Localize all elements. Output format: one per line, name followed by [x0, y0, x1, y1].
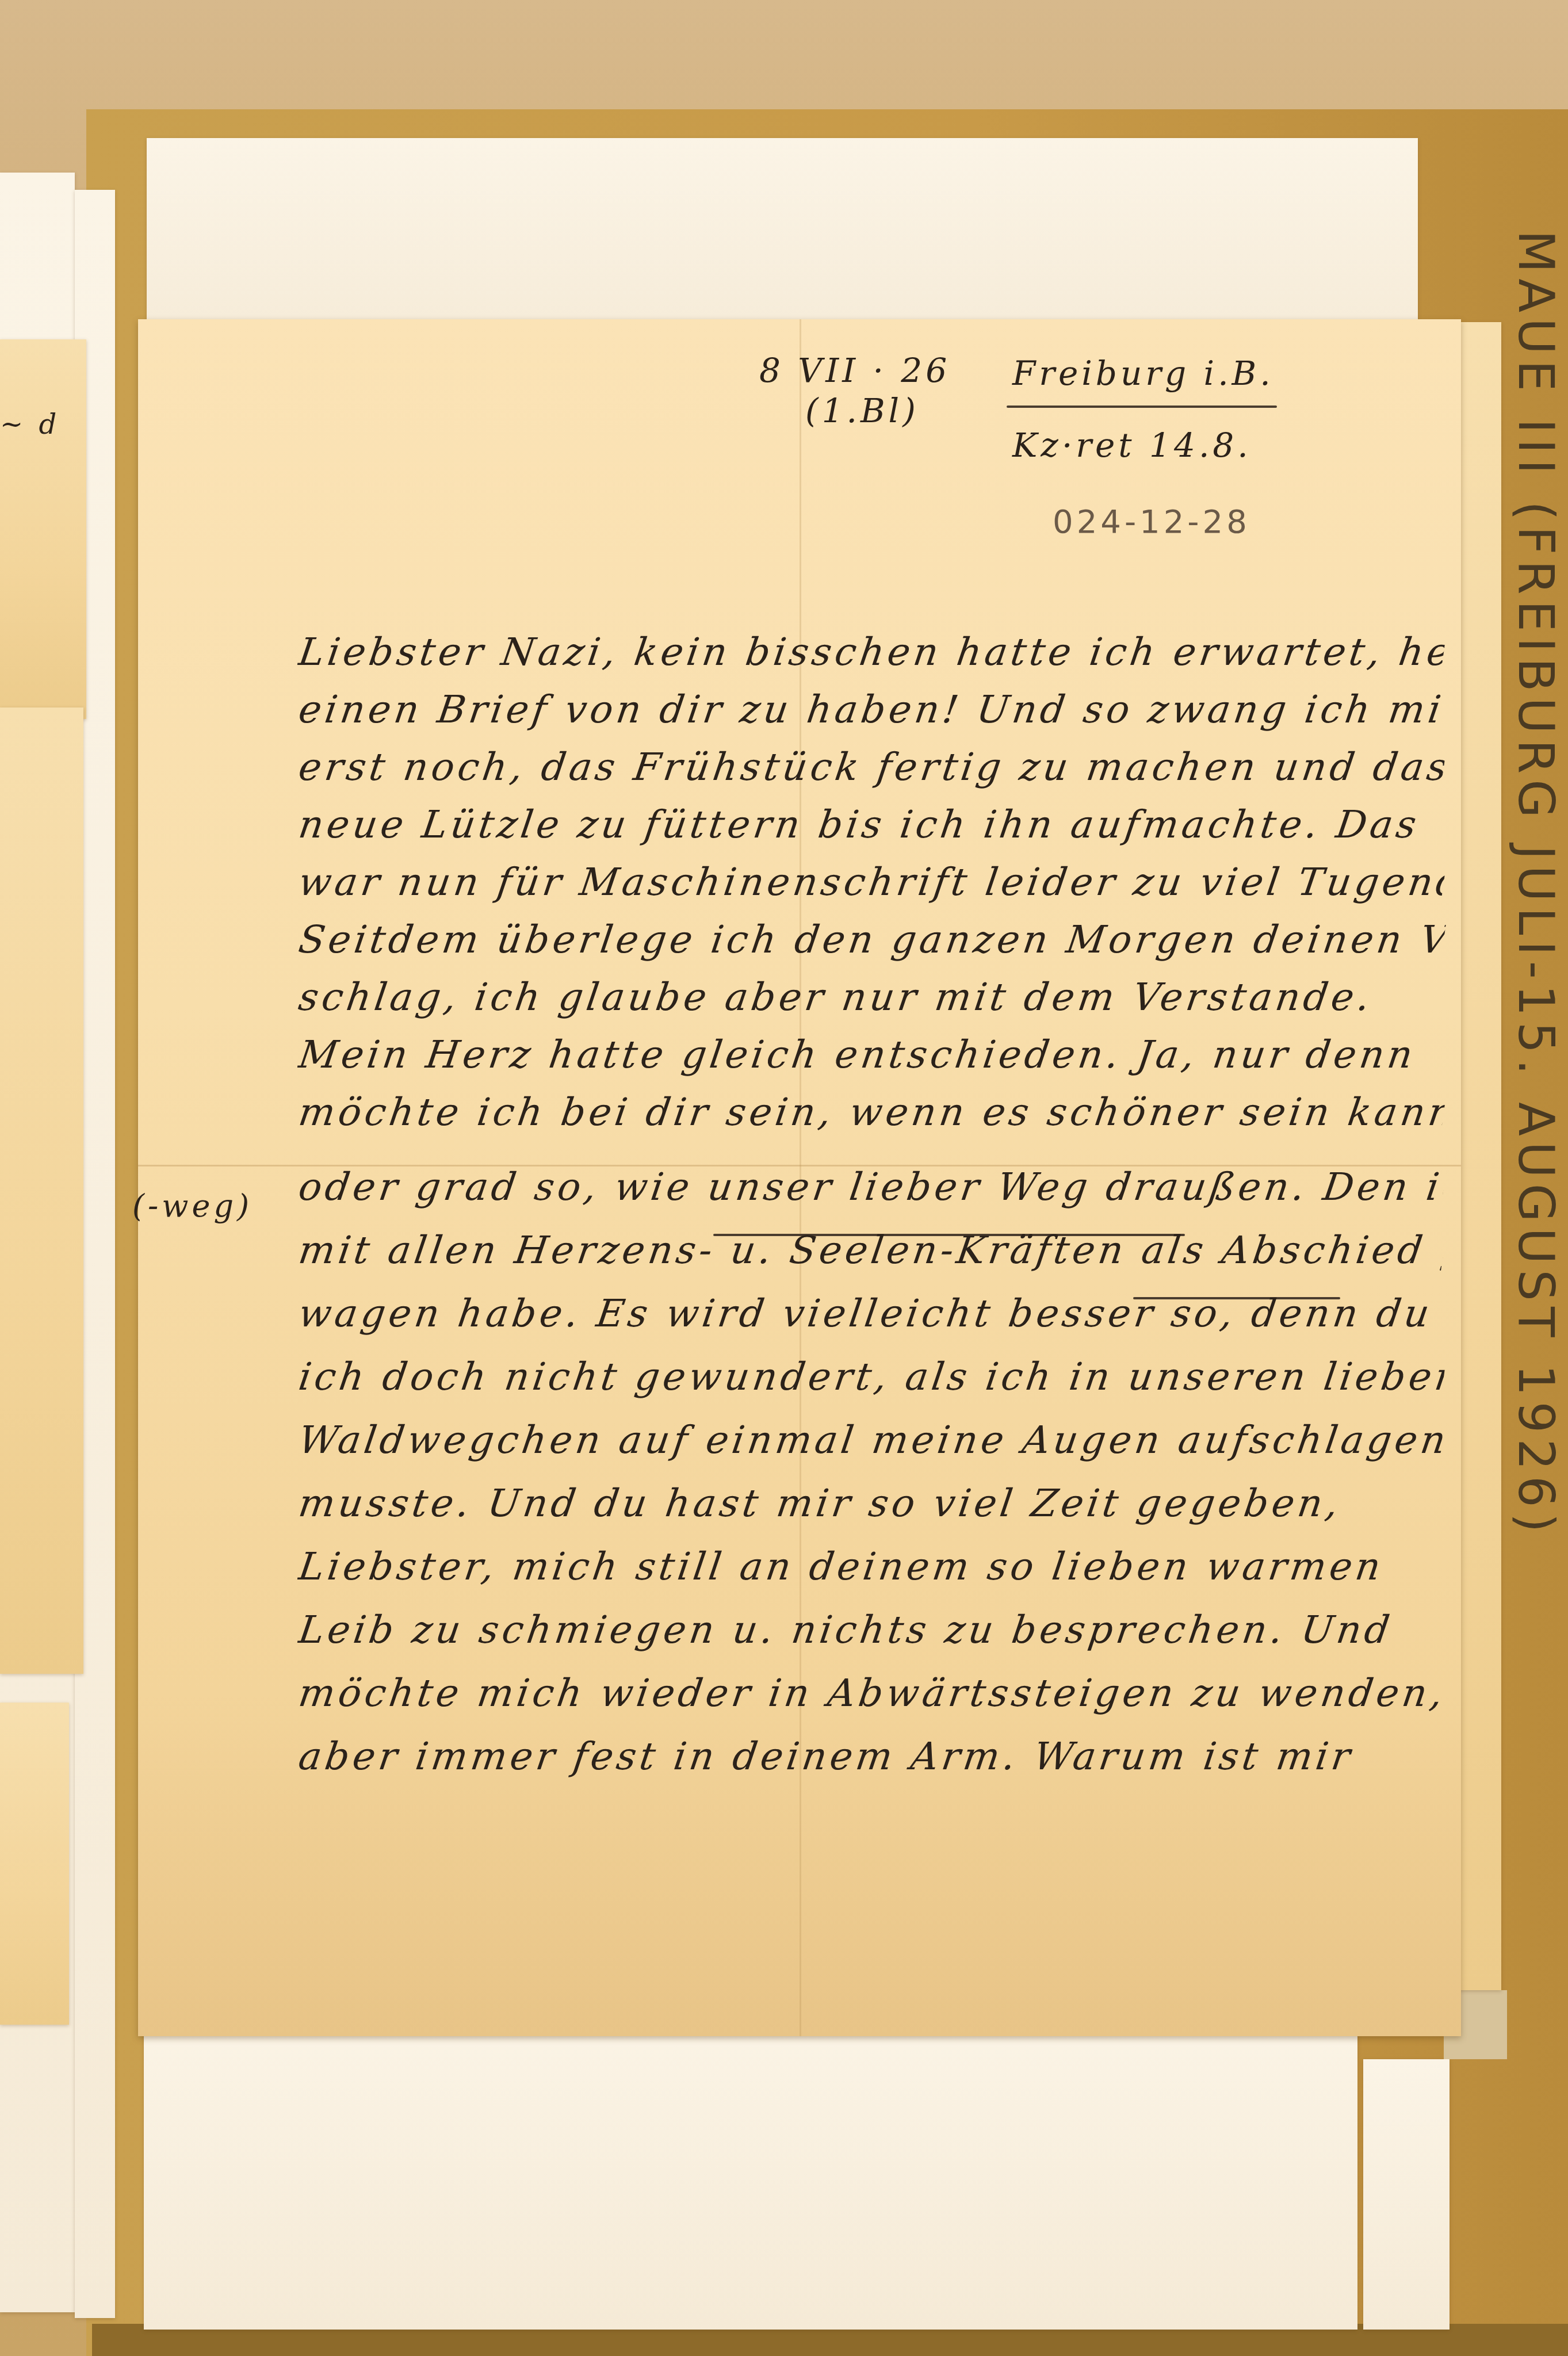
place-underline [1007, 406, 1277, 408]
letter-line: neue Lützle zu füttern bis ich ihn aufma… [296, 802, 1447, 847]
date-sub-annotation: (1.Bl) [805, 391, 919, 430]
letter-line: einen Brief von dir zu haben! Und so zwa… [296, 687, 1447, 732]
left-letter-sheet: ~ d [0, 339, 86, 719]
letter-line: Waldwegchen auf einmal meine Augen aufsc… [296, 1418, 1447, 1462]
bottom-right-white-sheet [1363, 2059, 1450, 2330]
letter-line: Leib zu schmiegen u. nichts zu bespreche… [296, 1608, 1447, 1652]
letter-line: mit allen Herzens- u. Seelen-Kräften als… [296, 1228, 1447, 1272]
letter-line: musste. Und du hast mir so viel Zeit geg… [296, 1481, 1447, 1525]
left-letter-sheet-2 [0, 707, 83, 1674]
letter-line: Liebster, mich still an deinem so lieben… [296, 1544, 1447, 1589]
letter-line: wagen habe. Es wird vielleicht besser so… [296, 1291, 1447, 1336]
letter-line: Liebster Nazi, kein bisschen hatte ich e… [296, 630, 1447, 674]
margin-note: (-weg) [132, 1188, 253, 1224]
left-sheet-writing: ~ d [0, 408, 60, 441]
place-sub-annotation: Kz·ret 14.8. [1012, 426, 1252, 465]
place-heading: Freiburg i.B. [1012, 354, 1274, 393]
date-annotation: 8 VII · 26 [759, 351, 950, 390]
letter-line: Seitdem überlege ich den ganzen Morgen d… [296, 917, 1447, 962]
letter-line: oder grad so, wie unser lieber Weg drauß… [296, 1165, 1447, 1209]
letter-line: möchte ich bei dir sein, wenn es schöner… [296, 1090, 1447, 1134]
letter-line: schlag, ich glaube aber nur mit dem Vers… [296, 975, 1447, 1019]
letter-line: möchte mich wieder in Abwärtssteigen zu … [296, 1671, 1447, 1715]
letter-page: 8 VII · 26 (1.Bl) Freiburg i.B. Kz·ret 1… [138, 319, 1461, 2036]
letter-line: war nun für Maschinenschrift leider zu v… [296, 860, 1447, 904]
letter-line: ich doch nicht gewundert, als ich in uns… [296, 1355, 1447, 1399]
letter-line: aber immer fest in deinem Arm. Warum ist… [296, 1734, 1447, 1779]
archive-number: 024-12-28 [1053, 503, 1250, 541]
letter-line: Mein Herz hatte gleich entschieden. Ja, … [296, 1032, 1447, 1077]
letter-line: erst noch, das Frühstück fertig zu mache… [296, 745, 1447, 789]
folder-label: MAUE III (FREIBURG JULI-15. AUGUST 1926) [1507, 230, 1565, 1538]
bottom-white-sheet [144, 2013, 1357, 2330]
left-letter-sheet-3 [0, 1703, 69, 2025]
